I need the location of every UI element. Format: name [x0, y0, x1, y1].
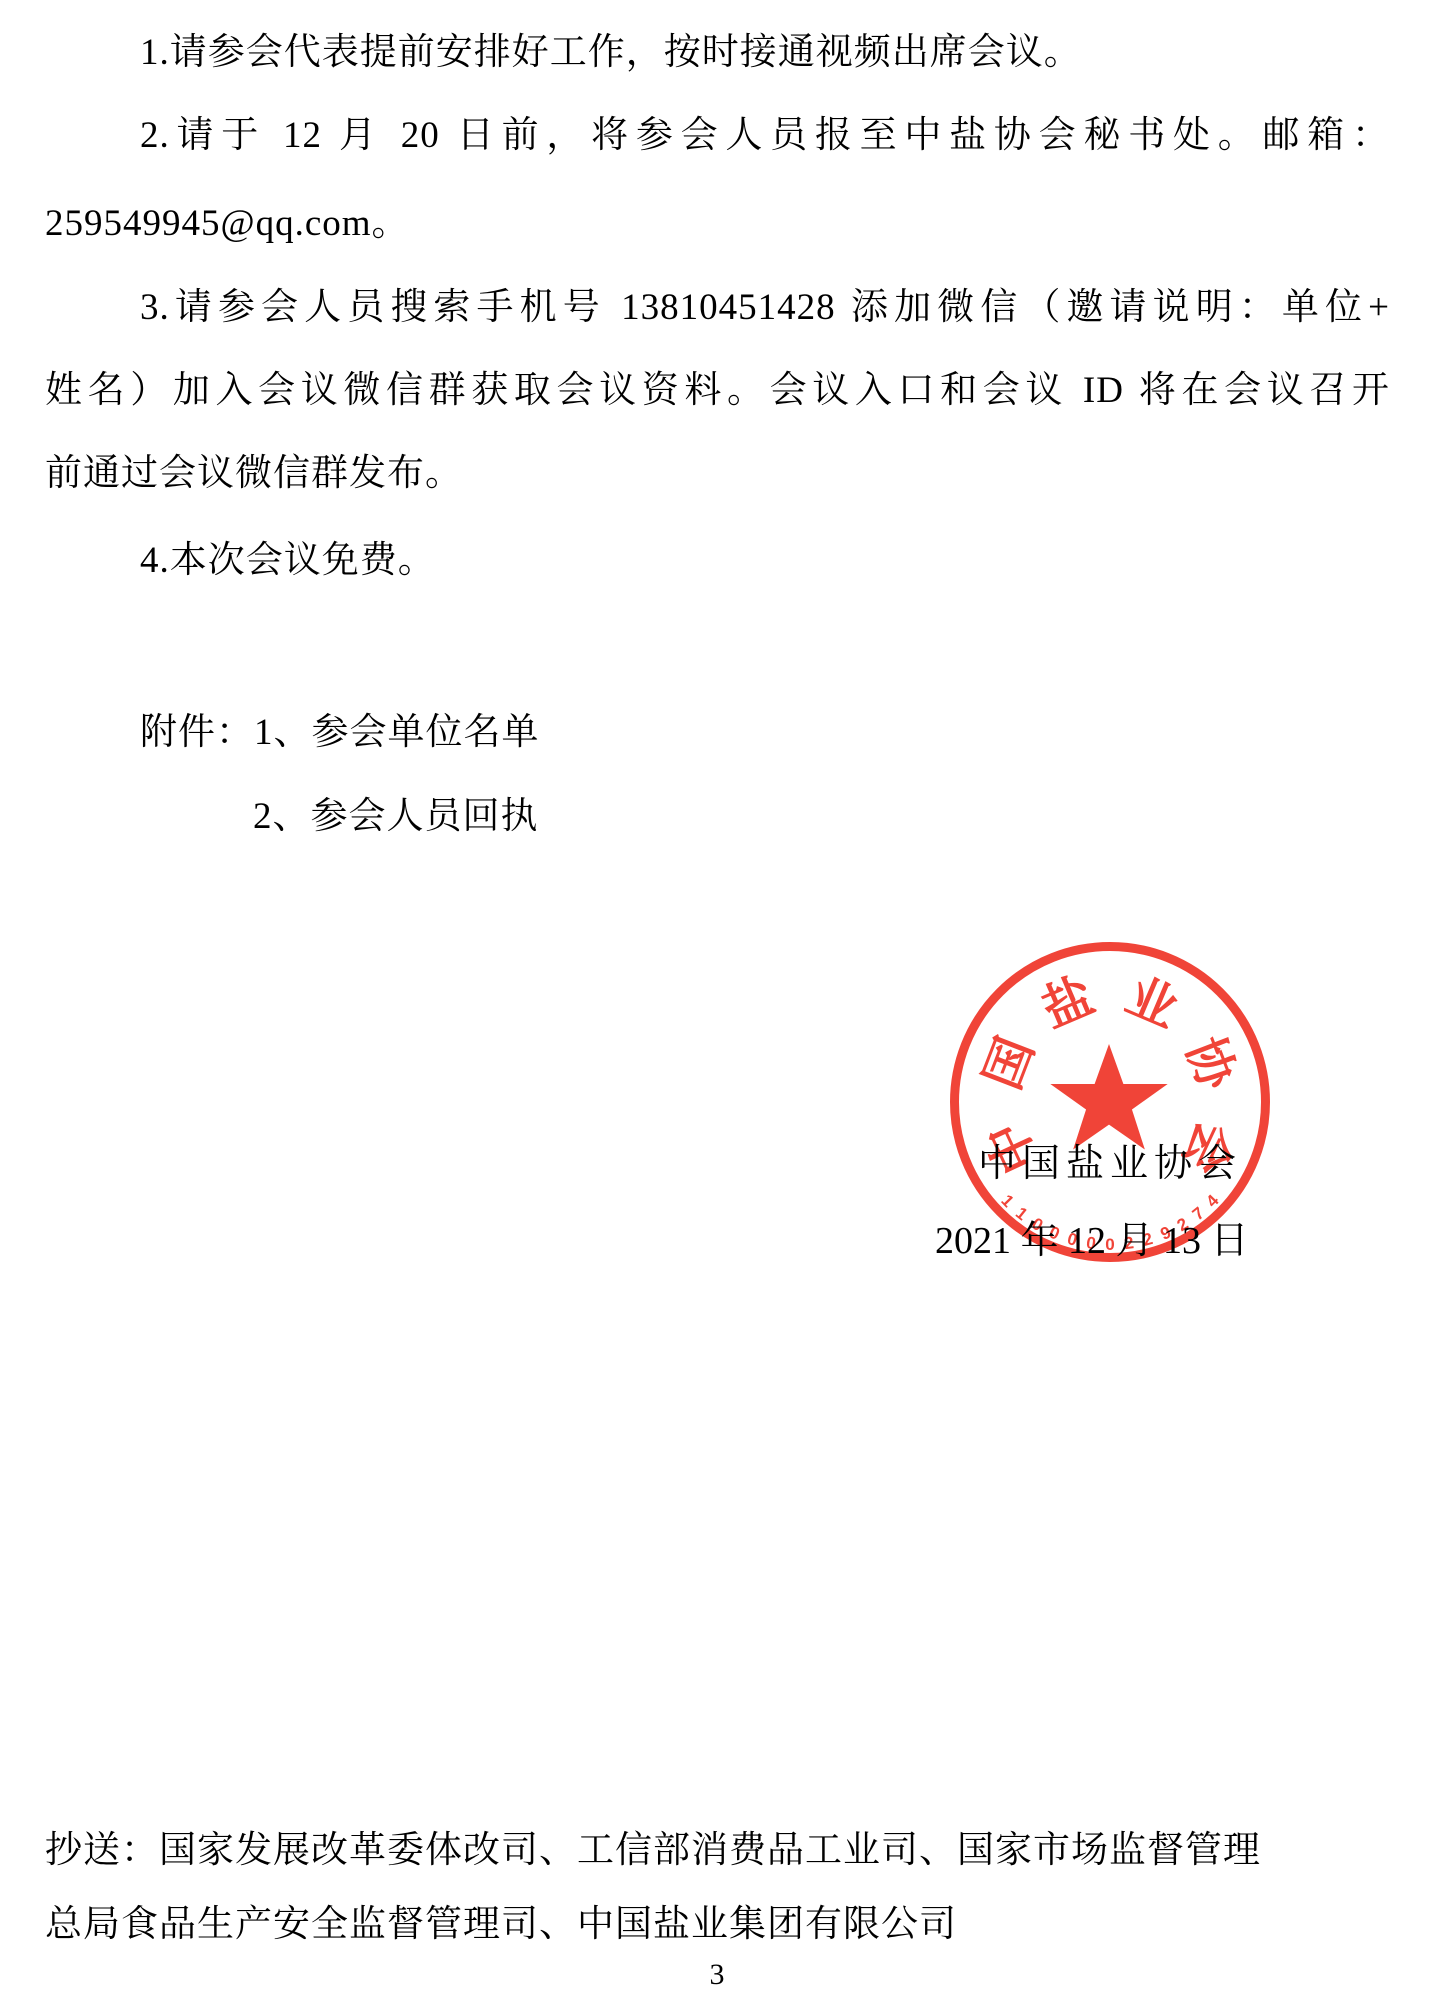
body-line-3: 259549945@qq.com。	[45, 203, 410, 245]
body-line-7: 4.本次会议免费。	[140, 540, 436, 582]
body-line-6: 前通过会议微信群发布。	[45, 453, 463, 495]
official-seal-stamp: 中国盐业协会 1100000229274	[950, 942, 1270, 1262]
attachment-line-1: 附件：1、参会单位名单	[140, 712, 540, 754]
body-line-1: 1.请参会代表提前安排好工作，按时接通视频出席会议。	[140, 32, 1082, 74]
cc-line-2: 总局食品生产安全监督管理司、中国盐业集团有限公司	[45, 1904, 957, 1946]
body-line-2: 2.请于 12 月 20 日前，将参会人员报至中盐协会秘书处。邮箱：	[140, 115, 1390, 157]
page-number: 3	[0, 1958, 1434, 1992]
seal-code-digit: 0	[1105, 1235, 1114, 1255]
body-line-4: 3.请参会人员搜索手机号 13810451428 添加微信（邀请说明：单位+	[140, 287, 1390, 329]
document-page: 1.请参会代表提前安排好工作，按时接通视频出席会议。 2.请于 12 月 20 …	[0, 0, 1434, 2014]
body-line-5: 姓名）加入会议微信群获取会议资料。会议入口和会议 ID 将在会议召开	[45, 370, 1390, 412]
attachment-line-2: 2、参会人员回执	[253, 796, 539, 838]
cc-line-1: 抄送：国家发展改革委体改司、工信部消费品工业司、国家市场监督管理	[45, 1830, 1261, 1872]
